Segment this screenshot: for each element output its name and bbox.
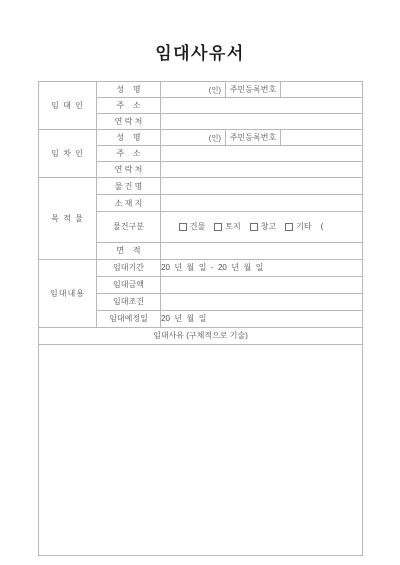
lessor-name-label: 성 명 [97, 82, 161, 98]
lease-amount-field[interactable] [161, 276, 363, 293]
lessee-address-label: 주 소 [97, 146, 161, 162]
document-page: 임대사유서 임 대 인 성 명 (인) 주민등록번호 주 소 연 락 처 임 차… [0, 0, 400, 565]
checkbox-warehouse-label: 창고 [261, 221, 276, 232]
lessor-id-field[interactable] [281, 82, 363, 98]
lessee-id-field[interactable] [281, 130, 363, 146]
property-category-label: 물건구분 [97, 212, 161, 243]
lessee-seal-label: (인) [209, 132, 221, 143]
lease-date-field[interactable]: 20 년 월 일 [161, 310, 363, 327]
lessee-name-label: 성 명 [97, 130, 161, 146]
lessor-contact-label: 연 락 처 [97, 114, 161, 130]
lease-period-label: 임대기간 [97, 259, 161, 276]
lessee-group-label: 임 차 인 [39, 130, 97, 178]
property-item-label: 물 건 명 [97, 178, 161, 195]
lessee-id-label: 주민등록번호 [226, 130, 281, 146]
checkbox-etc-icon[interactable] [285, 223, 293, 231]
lease-group-label: 임대내용 [39, 259, 97, 327]
lessor-group-label: 임 대 인 [39, 82, 97, 130]
lessor-address-field[interactable] [161, 98, 363, 114]
property-area-label: 면 적 [97, 242, 161, 259]
checkbox-building-icon[interactable] [179, 223, 187, 231]
lessor-seal-label: (인) [209, 84, 221, 95]
reason-section-header: 임대사유 (구체적으로 기술) [39, 327, 363, 344]
lease-condition-label: 임대조건 [97, 293, 161, 310]
lessor-id-label: 주민등록번호 [226, 82, 281, 98]
reason-text-area[interactable] [39, 344, 363, 555]
lessee-address-field[interactable] [161, 146, 363, 162]
checkbox-warehouse-icon[interactable] [250, 223, 258, 231]
lessor-address-label: 주 소 [97, 98, 161, 114]
checkbox-land-icon[interactable] [214, 223, 222, 231]
lease-reason-form-table: 임 대 인 성 명 (인) 주민등록번호 주 소 연 락 처 임 차 인 성 명… [38, 81, 363, 556]
property-group-label: 목 적 물 [39, 178, 97, 260]
property-location-label: 소 재 지 [97, 195, 161, 212]
page-title: 임대사유서 [0, 39, 400, 64]
lease-date-label: 임대예정일 [97, 310, 161, 327]
checkbox-etc-label: 기타 [296, 221, 311, 232]
lease-amount-label: 임대금액 [97, 276, 161, 293]
checkbox-building-label: 건물 [190, 221, 205, 232]
lease-condition-field[interactable] [161, 293, 363, 310]
lessee-name-field[interactable]: (인) [161, 130, 226, 146]
lease-period-field[interactable]: 20 년 월 일 - 20 년 월 일 [161, 259, 363, 276]
checkbox-land-label: 토지 [225, 221, 240, 232]
lessee-contact-label: 연 락 처 [97, 162, 161, 178]
lessor-contact-field[interactable] [161, 114, 363, 130]
property-item-field[interactable] [161, 178, 363, 195]
property-location-field[interactable] [161, 195, 363, 212]
lessee-contact-field[interactable] [161, 162, 363, 178]
property-category-options: 건물 토지 창고 기타 ( ) [161, 212, 363, 243]
property-area-field[interactable] [161, 242, 363, 259]
etc-fill-in-parens[interactable]: ( ) [321, 222, 363, 231]
lessor-name-field[interactable]: (인) [161, 82, 226, 98]
